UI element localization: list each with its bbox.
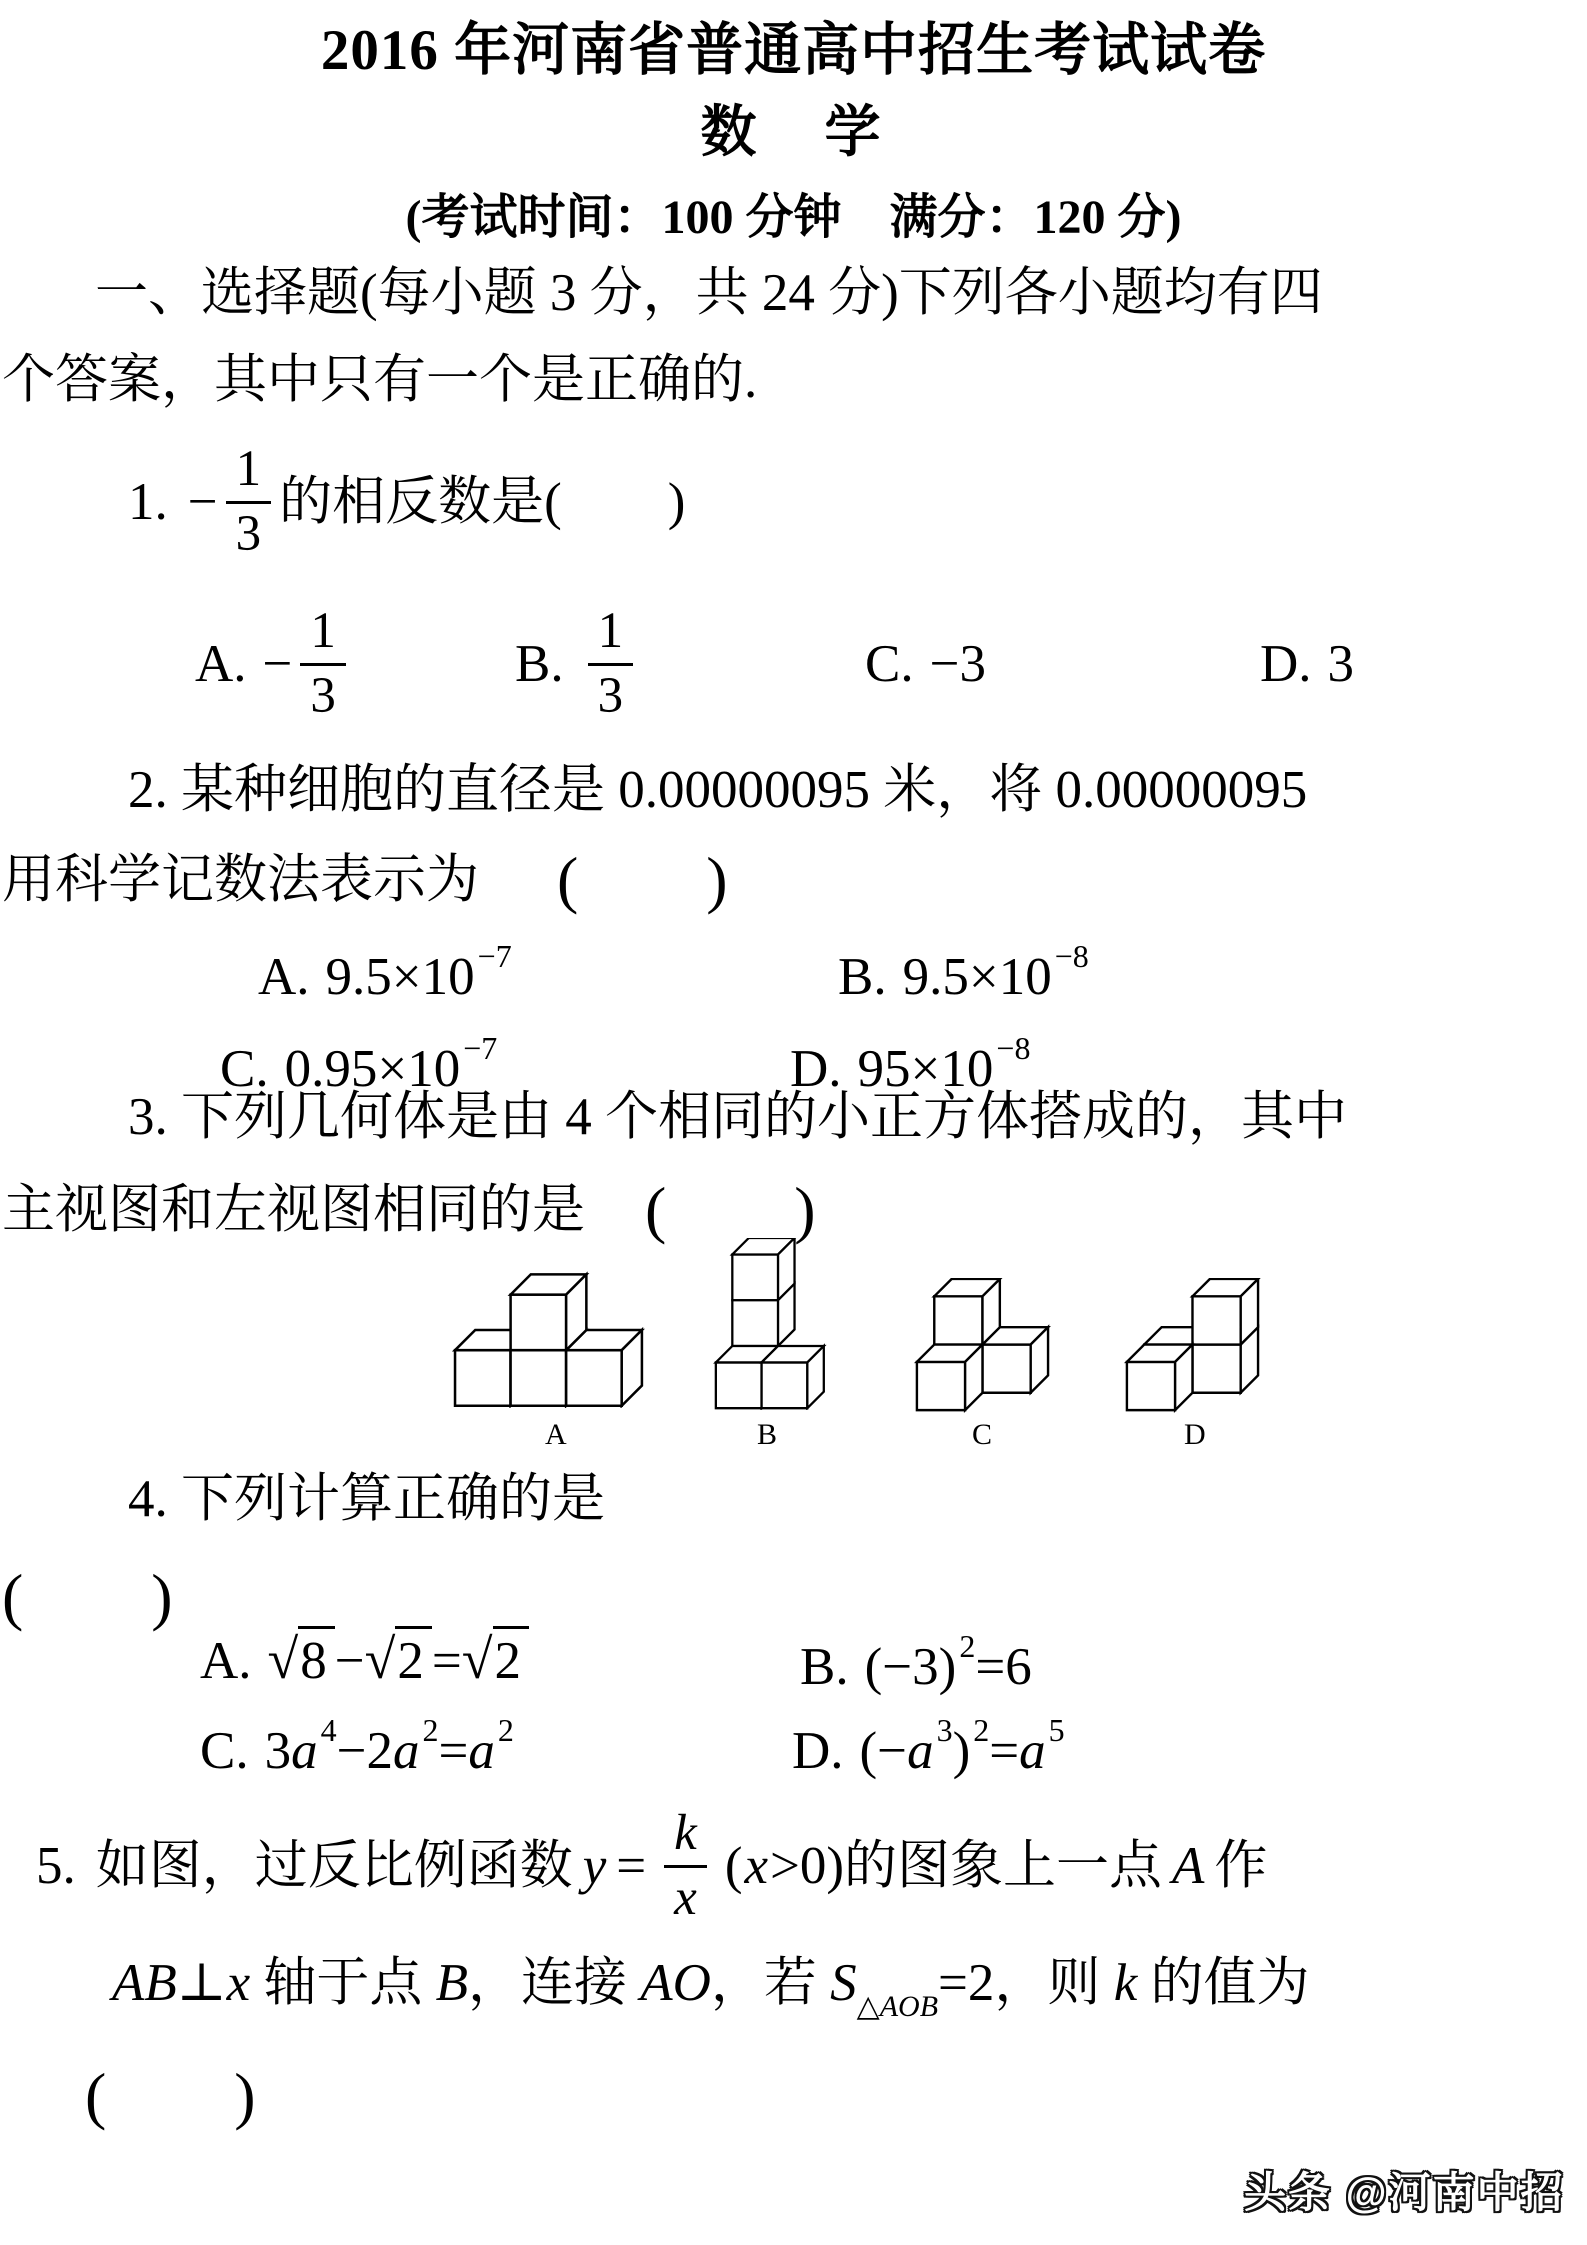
- fraction-numerator: 1: [588, 603, 634, 665]
- q5-stem-text: 如图，过反比例函数: [96, 1833, 573, 1899]
- point-a: A: [1172, 1833, 1204, 1899]
- variable-k: k: [1114, 1954, 1138, 2012]
- q4-option-c: C.3a4−2a2=a2: [200, 1712, 514, 1781]
- q1-stem-text: 的相反数是( ): [279, 469, 685, 535]
- exam-subject: 数 学: [0, 88, 1587, 168]
- exam-title: 2016 年河南省普通高中招生考试试卷: [0, 4, 1587, 86]
- option-label: D.: [1260, 634, 1312, 694]
- question-3-stem-line-1: 3. 下列几何体是由 4 个相同的小正方体搭成的，其中: [128, 1084, 1347, 1150]
- area-symbol: S: [830, 1954, 857, 2012]
- expression: (−3): [865, 1638, 957, 1696]
- point-b: B: [436, 1954, 468, 2012]
- question-1-stem: 1. − 1 3 的相反数是( ): [128, 438, 685, 566]
- option-label: A.: [258, 948, 310, 1006]
- exponent: 4: [321, 1712, 337, 1748]
- fraction-denominator: 3: [226, 504, 272, 563]
- figure-label-b: B: [757, 1418, 777, 1452]
- fraction-numerator: 1: [300, 603, 346, 665]
- radical: √8: [268, 1632, 335, 1690]
- exponent: 5: [1049, 1712, 1065, 1748]
- q1-option-b: B. 1 3: [515, 598, 641, 730]
- q2-option-a: A.9.5×10−7: [258, 938, 512, 1007]
- equals-sign: =: [616, 1833, 646, 1899]
- cube-figure-b: [708, 1238, 828, 1410]
- option-label: C.: [865, 634, 914, 694]
- q5-stem-text: 的图象上一点: [844, 1833, 1162, 1899]
- fraction-denominator: 3: [588, 666, 634, 725]
- segment-ao: AO: [640, 1954, 711, 2012]
- exam-info-line: (考试时间：100 分钟 满分：120 分): [0, 178, 1587, 247]
- k-over-x-fraction: k x: [654, 1805, 717, 1926]
- cube-figure-d: [1122, 1278, 1262, 1413]
- question-2-stem-line-1: 2. 某种细胞的直径是 0.00000095 米，将 0.00000095: [128, 757, 1307, 823]
- figure-label-a: A: [545, 1418, 567, 1452]
- question-5-stem-line-1: 5. 如图，过反比例函数 y = k x ( x >0) 的图象上一点 A 作: [36, 1798, 1267, 1934]
- fraction-numerator: 1: [226, 441, 272, 503]
- q2-option-b: B.9.5×10−8: [838, 938, 1089, 1007]
- option-value: 9.5×10: [326, 948, 475, 1006]
- exam-paper-page: 2016 年河南省普通高中招生考试试卷 数 学 (考试时间：100 分钟 满分：…: [0, 0, 1587, 2245]
- q1-minus-sign: −: [188, 469, 218, 535]
- option-label: B.: [800, 1638, 849, 1696]
- q5-number: 5.: [36, 1833, 76, 1899]
- option-fraction: 1 3: [300, 603, 346, 724]
- q1-fraction: 1 3: [226, 441, 272, 562]
- variable-a: a: [468, 1722, 495, 1780]
- q2-stem-text: 用科学记数法表示为: [2, 847, 479, 913]
- operator: −: [335, 1632, 365, 1690]
- figure-label-d: D: [1184, 1418, 1206, 1452]
- exponent: −7: [478, 938, 512, 974]
- answer-blank-parens: ( ): [85, 2044, 256, 2136]
- q4-option-d: D.(−a3)2=a5: [792, 1712, 1065, 1781]
- variable-a: a: [393, 1722, 420, 1780]
- triangle-aob-subscript: △AOB: [857, 1990, 938, 2023]
- exponent: 2: [498, 1712, 514, 1748]
- question-3-stem-line-2: 主视图和左视图相同的是 ( ): [2, 1168, 816, 1252]
- q1-option-c: C. −3: [865, 598, 986, 730]
- variable-a: a: [907, 1722, 934, 1780]
- fraction-denominator: x: [664, 1868, 707, 1927]
- variable-x: x: [744, 1833, 768, 1899]
- variable-a: a: [291, 1722, 318, 1780]
- option-label: A.: [195, 634, 247, 694]
- q4-option-b: B.(−3)2=6: [800, 1628, 1032, 1697]
- option-fraction: 1 3: [588, 603, 634, 724]
- cube-figure-a: [452, 1256, 650, 1408]
- section-heading-line-2: 个答案，其中只有一个是正确的.: [2, 347, 757, 413]
- fraction-denominator: 3: [300, 666, 346, 725]
- variable-x: x: [227, 1954, 251, 2012]
- q5-stem-text: 作: [1214, 1833, 1267, 1899]
- variable-a: a: [1019, 1722, 1046, 1780]
- cube-figure-c: [912, 1278, 1052, 1413]
- option-label: D.: [792, 1722, 844, 1780]
- option-label: A.: [200, 1632, 252, 1690]
- fraction-numerator: k: [664, 1805, 707, 1867]
- option-label: B.: [515, 634, 564, 694]
- section-heading-line-1: 一、选择题(每小题 3 分，共 24 分)下列各小题均有四: [95, 260, 1323, 326]
- exponent: −8: [996, 1030, 1030, 1066]
- exponent: 2: [959, 1628, 975, 1664]
- question-5-stem-line-2: AB⊥x 轴于点 B，连接 AO，若 S△AOB=2，则 k 的值为: [112, 1950, 1309, 2026]
- q1-option-d: D. 3: [1260, 598, 1354, 730]
- q1-option-a: A. − 1 3: [195, 598, 354, 730]
- question-2-stem-line-2: 用科学记数法表示为 ( ): [2, 838, 728, 922]
- exponent: −7: [463, 1030, 497, 1066]
- minus-sign: −: [263, 634, 293, 694]
- answer-blank-parens: ( ): [2, 1545, 173, 1637]
- radical: √2: [365, 1632, 432, 1690]
- radical: √2: [462, 1632, 529, 1690]
- option-value: 3: [1328, 634, 1355, 694]
- equals-sign: =: [432, 1632, 462, 1690]
- option-value: −3: [930, 634, 986, 694]
- q4-option-a: A.√8−√2=√2: [200, 1628, 529, 1692]
- q3-stem-text: 主视图和左视图相同的是: [2, 1177, 585, 1243]
- segment-ab: AB: [112, 1954, 177, 2012]
- watermark: 头条 @河南中招: [1244, 2160, 1565, 2220]
- expression: =6: [975, 1638, 1031, 1696]
- q1-number: 1.: [128, 469, 168, 535]
- figure-label-c: C: [972, 1418, 992, 1452]
- perpendicular-sign: ⊥: [177, 1954, 227, 2012]
- option-label: B.: [838, 948, 887, 1006]
- exponent: −8: [1055, 938, 1089, 974]
- exponent: 2: [423, 1712, 439, 1748]
- answer-blank-parens: ( ): [557, 840, 728, 920]
- option-label: C.: [200, 1722, 249, 1780]
- variable-y: y: [583, 1833, 607, 1899]
- option-value: 9.5×10: [903, 948, 1052, 1006]
- exponent: 2: [973, 1712, 989, 1748]
- exponent: 3: [937, 1712, 953, 1748]
- question-4-stem: 4. 下列计算正确的是: [128, 1466, 605, 1532]
